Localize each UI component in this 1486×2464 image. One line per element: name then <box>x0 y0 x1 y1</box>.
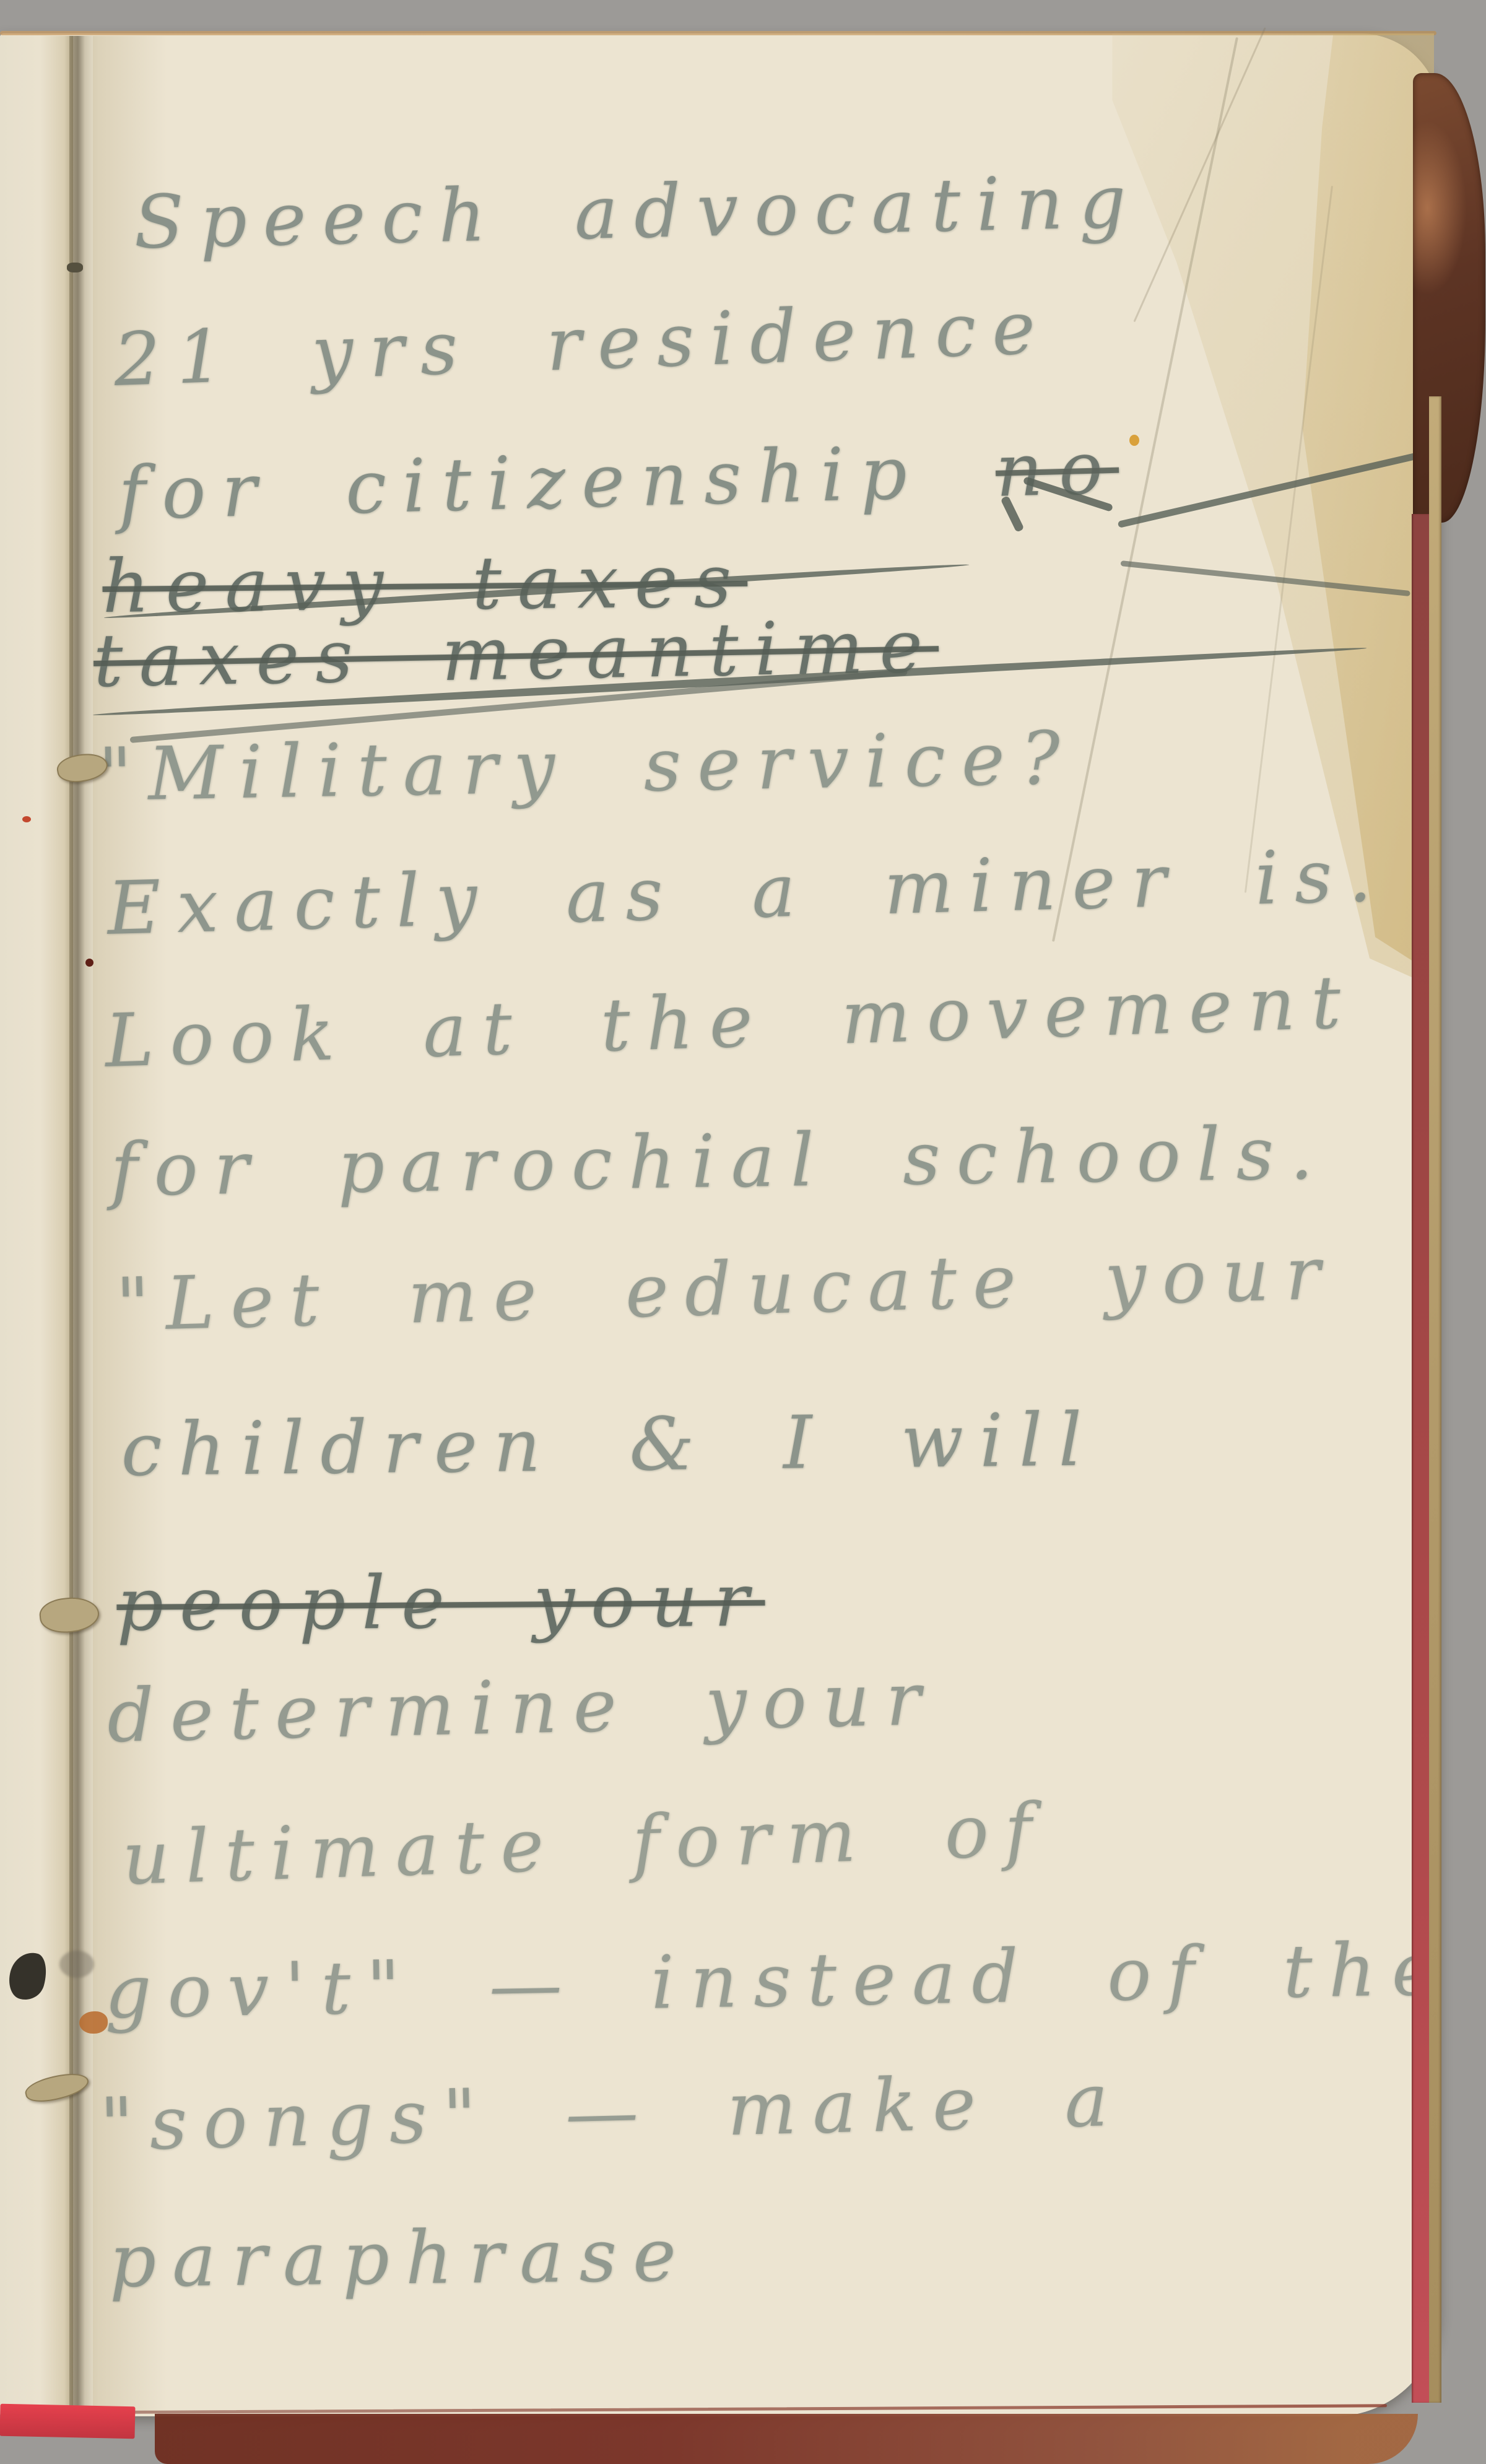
handwriting-text: for citizenship <box>118 428 997 536</box>
struck-handwriting-text: no <box>994 425 1120 513</box>
handwriting-line: Exactly as a miner is. <box>106 838 1388 945</box>
handwriting-line: "songs" — make a <box>99 2063 1125 2161</box>
handwriting-text: "songs" — make a <box>99 2057 1126 2167</box>
amber-speck <box>1129 435 1139 446</box>
handwriting-line: "Let me educate your <box>115 1236 1337 1341</box>
handwriting-text: for parochial schools. <box>110 1110 1330 1212</box>
handwriting-text: Exactly as a miner is. <box>106 832 1389 951</box>
handwriting-text: paraphrase <box>109 2212 693 2304</box>
handwriting-line: "Military service? <box>98 721 1077 811</box>
handwriting-text: Speech advocating <box>133 159 1143 265</box>
page-block-edge <box>1429 396 1441 2403</box>
handwriting-line: Look at the movement <box>104 965 1358 1077</box>
handwriting-line: for parochial schools. <box>110 1117 1329 1206</box>
handwriting-line: children & I will <box>121 1403 1098 1486</box>
red-dyed-bottom-edge <box>0 2404 136 2439</box>
red-speck <box>22 816 31 822</box>
leather-cover-bottom <box>155 2414 1418 2464</box>
gray-smudge <box>59 1951 94 1978</box>
handwriting-text: Look at the movement <box>104 959 1358 1083</box>
handwriting-lines: Speech advocating21 yrs residencefor cit… <box>0 0 1486 2464</box>
handwriting-line: 21 yrs residence <box>113 290 1053 396</box>
handwriting-text: determine your <box>106 1656 938 1759</box>
struck-handwriting-text: people your <box>116 1557 765 1647</box>
handwriting-line: determine your <box>106 1662 937 1752</box>
handwriting-line: ultimate form of <box>121 1793 1049 1895</box>
handwriting-text: ultimate form of <box>121 1787 1049 1901</box>
red-dyed-page-edges <box>1412 514 1430 2403</box>
handwriting-line: taxes meantime <box>93 609 939 697</box>
handwriting-text: 21 yrs residence <box>113 284 1053 403</box>
handwriting-line: gov't" — instead of the <box>104 1932 1452 2029</box>
handwriting-line: Speech advocating <box>133 165 1142 259</box>
notebook-photo: Speech advocating21 yrs residencefor cit… <box>0 0 1486 2464</box>
dark-speck <box>67 263 83 272</box>
handwriting-text: "Let me educate your <box>115 1230 1337 1347</box>
handwriting-text: children & I will <box>121 1396 1098 1492</box>
handwriting-line: paraphrase <box>109 2218 693 2297</box>
handwriting-line: for citizenship no <box>118 431 1120 530</box>
dark-red-speck <box>85 959 93 967</box>
handwriting-line: people your <box>116 1564 765 1641</box>
handwriting-text: gov't" — instead of the <box>104 1926 1452 2035</box>
rust-spot <box>79 2011 108 2034</box>
